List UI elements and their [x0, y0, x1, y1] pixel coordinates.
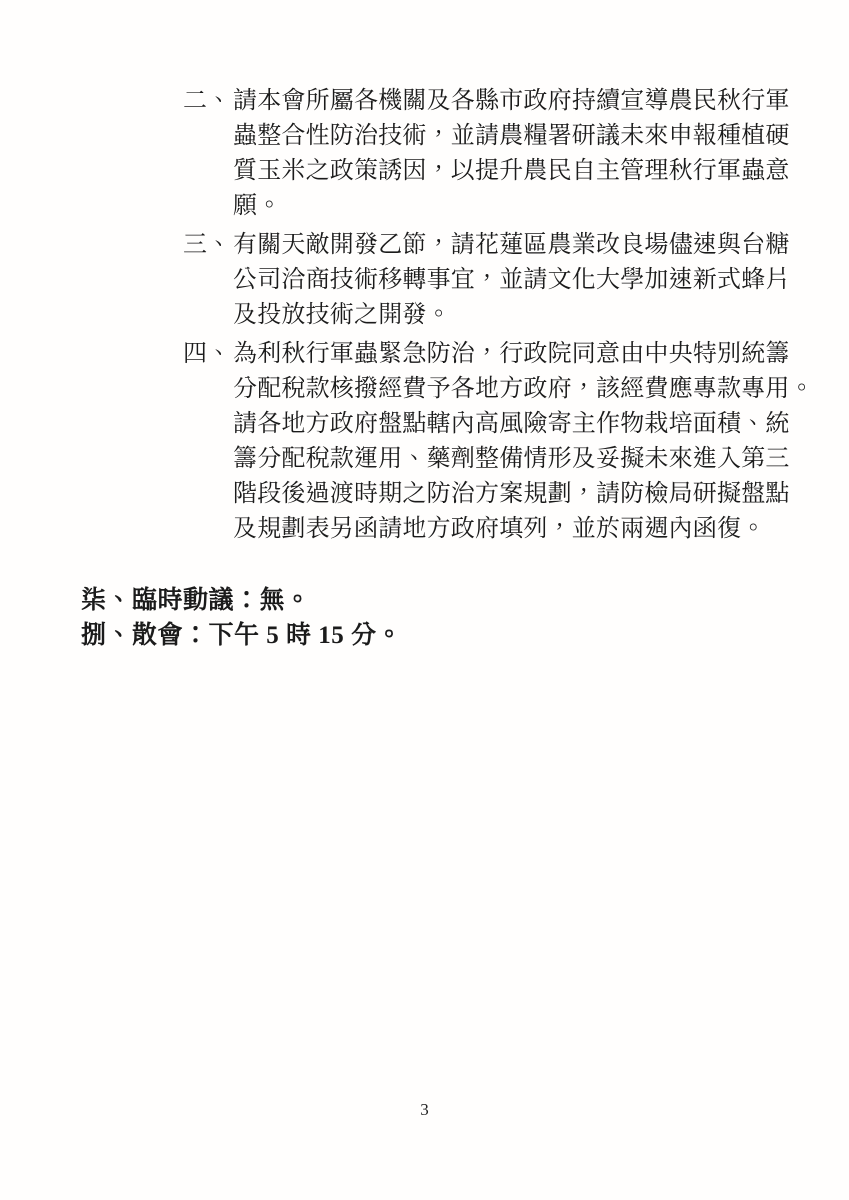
text-line: 請各地方政府盤點轄內高風險寄主作物栽培面積、統: [233, 407, 783, 442]
text-line: 公司洽商技術移轉事宜，並請文化大學加速新式蜂片: [233, 263, 783, 298]
text-line: 願。: [233, 189, 783, 224]
adjournment-line: 捌、散會：下午 5 時 15 分。: [81, 618, 402, 653]
text-line: 蟲整合性防治技術，並請農糧署研議未來申報種植硬: [233, 119, 783, 154]
resolution-item-4: 四、 為利秋行軍蟲緊急防治，行政院同意由中央特別統籌 分配稅款核撥經費予各地方政…: [183, 337, 783, 547]
resolution-item-3: 三、 有關天敵開發乙節，請花蓮區農業改良場儘速與台糖 公司洽商技術移轉事宜，並請…: [183, 228, 783, 333]
text-line: 籌分配稅款運用、藥劑整備情形及妥擬未來進入第三: [233, 442, 783, 477]
item-text: 請本會所屬各機關及各縣市政府持續宣導農民秋行軍 蟲整合性防治技術，並請農糧署研議…: [233, 84, 783, 224]
extempore-motion-line: 柒、臨時動議：無。: [81, 583, 402, 618]
item-text: 為利秋行軍蟲緊急防治，行政院同意由中央特別統籌 分配稅款核撥經費予各地方政府，該…: [233, 337, 783, 547]
document-page: 二、 請本會所屬各機關及各縣市政府持續宣導農民秋行軍 蟲整合性防治技術，並請農糧…: [0, 0, 849, 1200]
item-marker: 二、: [183, 84, 233, 119]
item-marker: 三、: [183, 228, 233, 263]
text-line: 質玉米之政策誘因，以提升農民自主管理秋行軍蟲意: [233, 154, 783, 189]
closing-section: 柒、臨時動議：無。 捌、散會：下午 5 時 15 分。: [81, 583, 402, 653]
resolution-list: 二、 請本會所屬各機關及各縣市政府持續宣導農民秋行軍 蟲整合性防治技術，並請農糧…: [183, 84, 783, 551]
page-footer: 3: [0, 1099, 849, 1121]
text-line: 階段後過渡時期之防治方案規劃，請防檢局研擬盤點: [233, 477, 783, 512]
text-line: 有關天敵開發乙節，請花蓮區農業改良場儘速與台糖: [233, 228, 783, 263]
item-marker: 四、: [183, 337, 233, 372]
text-line: 及規劃表另函請地方政府填列，並於兩週內函復。: [233, 512, 783, 547]
text-line: 為利秋行軍蟲緊急防治，行政院同意由中央特別統籌: [233, 337, 783, 372]
text-line: 請本會所屬各機關及各縣市政府持續宣導農民秋行軍: [233, 84, 783, 119]
text-line: 分配稅款核撥經費予各地方政府，該經費應專款專用。: [233, 372, 783, 407]
page-number: 3: [420, 1100, 429, 1119]
text-line: 及投放技術之開發。: [233, 298, 783, 333]
item-text: 有關天敵開發乙節，請花蓮區農業改良場儘速與台糖 公司洽商技術移轉事宜，並請文化大…: [233, 228, 783, 333]
resolution-item-2: 二、 請本會所屬各機關及各縣市政府持續宣導農民秋行軍 蟲整合性防治技術，並請農糧…: [183, 84, 783, 224]
